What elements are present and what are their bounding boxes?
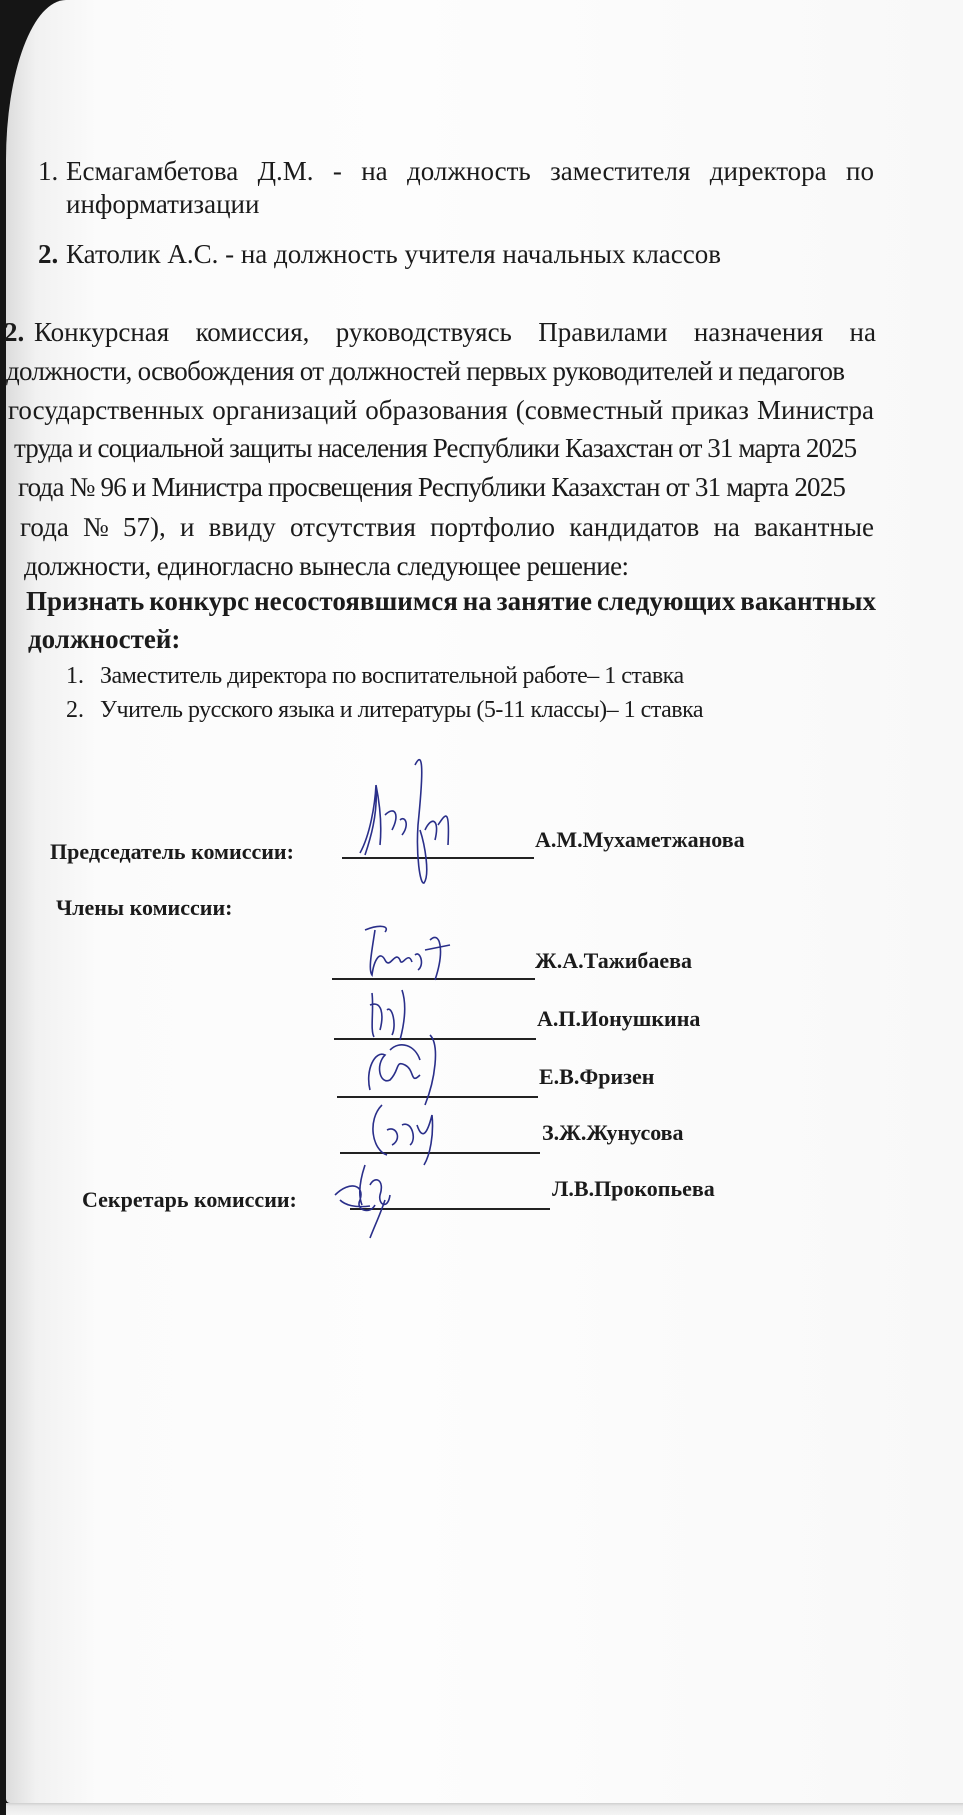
word: года [20, 511, 69, 543]
appointment-2-number: 2. [38, 238, 58, 270]
word: № [83, 511, 109, 543]
member-1-signature [360, 920, 470, 995]
word: и [180, 511, 194, 543]
word: заместителя [550, 155, 690, 187]
word: Признать [26, 585, 144, 617]
word: (совместный [516, 394, 663, 426]
word: занятие [497, 585, 592, 617]
word: портфолио [430, 511, 555, 543]
section2-line-6: года № 57), и ввиду отсутствия портфолио… [20, 511, 874, 543]
section2-line-4: труда и социальной защиты населения Респ… [14, 432, 856, 464]
word: Министра [757, 394, 874, 426]
word: на [361, 155, 387, 187]
secretary-label: Секретарь комиссии: [82, 1187, 297, 1213]
member-1-name: Ж.А.Тажибаева [535, 948, 692, 974]
word: образования [365, 394, 507, 426]
secretary-signature [330, 1150, 420, 1245]
word: кандидатов [569, 511, 699, 543]
section2-line-5: года № 96 и Министра просвещения Республ… [18, 471, 845, 503]
word: государственных [8, 394, 204, 426]
word: Д.М. [258, 155, 314, 187]
member-2-name: А.П.Ионушкина [537, 1006, 700, 1032]
word: 57), [123, 511, 166, 543]
word: Есмагамбетова [66, 155, 238, 187]
vacancy-2-number: 2. [66, 694, 84, 726]
word: организаций [212, 394, 357, 426]
chair-signature [340, 745, 480, 900]
appointment-1-number: 1. [38, 155, 58, 187]
word: вакантных [740, 585, 876, 617]
word: директора [710, 155, 827, 187]
word: назначения [694, 316, 823, 348]
word: по [846, 155, 874, 187]
section2-line-1: Конкурсная комиссия, руководствуясь Прав… [34, 316, 876, 348]
word: Правилами [538, 316, 667, 348]
section2-line-3: государственных организаций образования … [8, 394, 874, 426]
word: должность [407, 155, 531, 187]
chair-name: А.М.Мухаметжанова [535, 827, 745, 853]
vacancy-1-number: 1. [66, 660, 84, 692]
section2-line-2: должности, освобождения от должностей пе… [6, 355, 844, 387]
word: следующих [597, 585, 735, 617]
word: Конкурсная [34, 316, 169, 348]
decision-line-2: должностей: [28, 623, 180, 655]
word: вакантные [754, 511, 874, 543]
word: на [463, 585, 492, 617]
word: - [333, 155, 342, 187]
member-4-name: З.Ж.Жунусова [542, 1120, 684, 1146]
appointment-1-line1: Есмагамбетова Д.М. - на должность замест… [66, 155, 874, 187]
vacancy-2-text: Учитель русского языка и литературы (5-1… [100, 694, 703, 726]
word: на [713, 511, 739, 543]
word: отсутствия [290, 511, 416, 543]
word: руководствуясь [336, 316, 512, 348]
decision-line-1: Признать конкурс несостоявшимся на занят… [26, 585, 876, 617]
appointment-1-line2: информатизации [66, 188, 259, 220]
appointment-2-text: Католик А.С. - на должность учителя нача… [66, 238, 721, 270]
word: комиссия, [196, 316, 310, 348]
vacancy-1-text: Заместитель директора по воспитательной … [100, 660, 684, 692]
chair-label: Председатель комиссии: [50, 839, 294, 865]
members-label: Члены комиссии: [56, 895, 232, 921]
word: приказ [671, 394, 749, 426]
word: ввиду [209, 511, 276, 543]
member-3-name: Е.В.Фризен [539, 1064, 654, 1090]
word: конкурс [149, 585, 249, 617]
secretary-name: Л.В.Прокопьева [552, 1176, 715, 1202]
section2-line-7: должности, единогласно вынесла следующее… [24, 550, 628, 582]
word: несостоявшимся [254, 585, 458, 617]
word: на [850, 316, 876, 348]
page-bottom-edge [6, 1803, 963, 1815]
section2-number: 2. [4, 316, 24, 348]
